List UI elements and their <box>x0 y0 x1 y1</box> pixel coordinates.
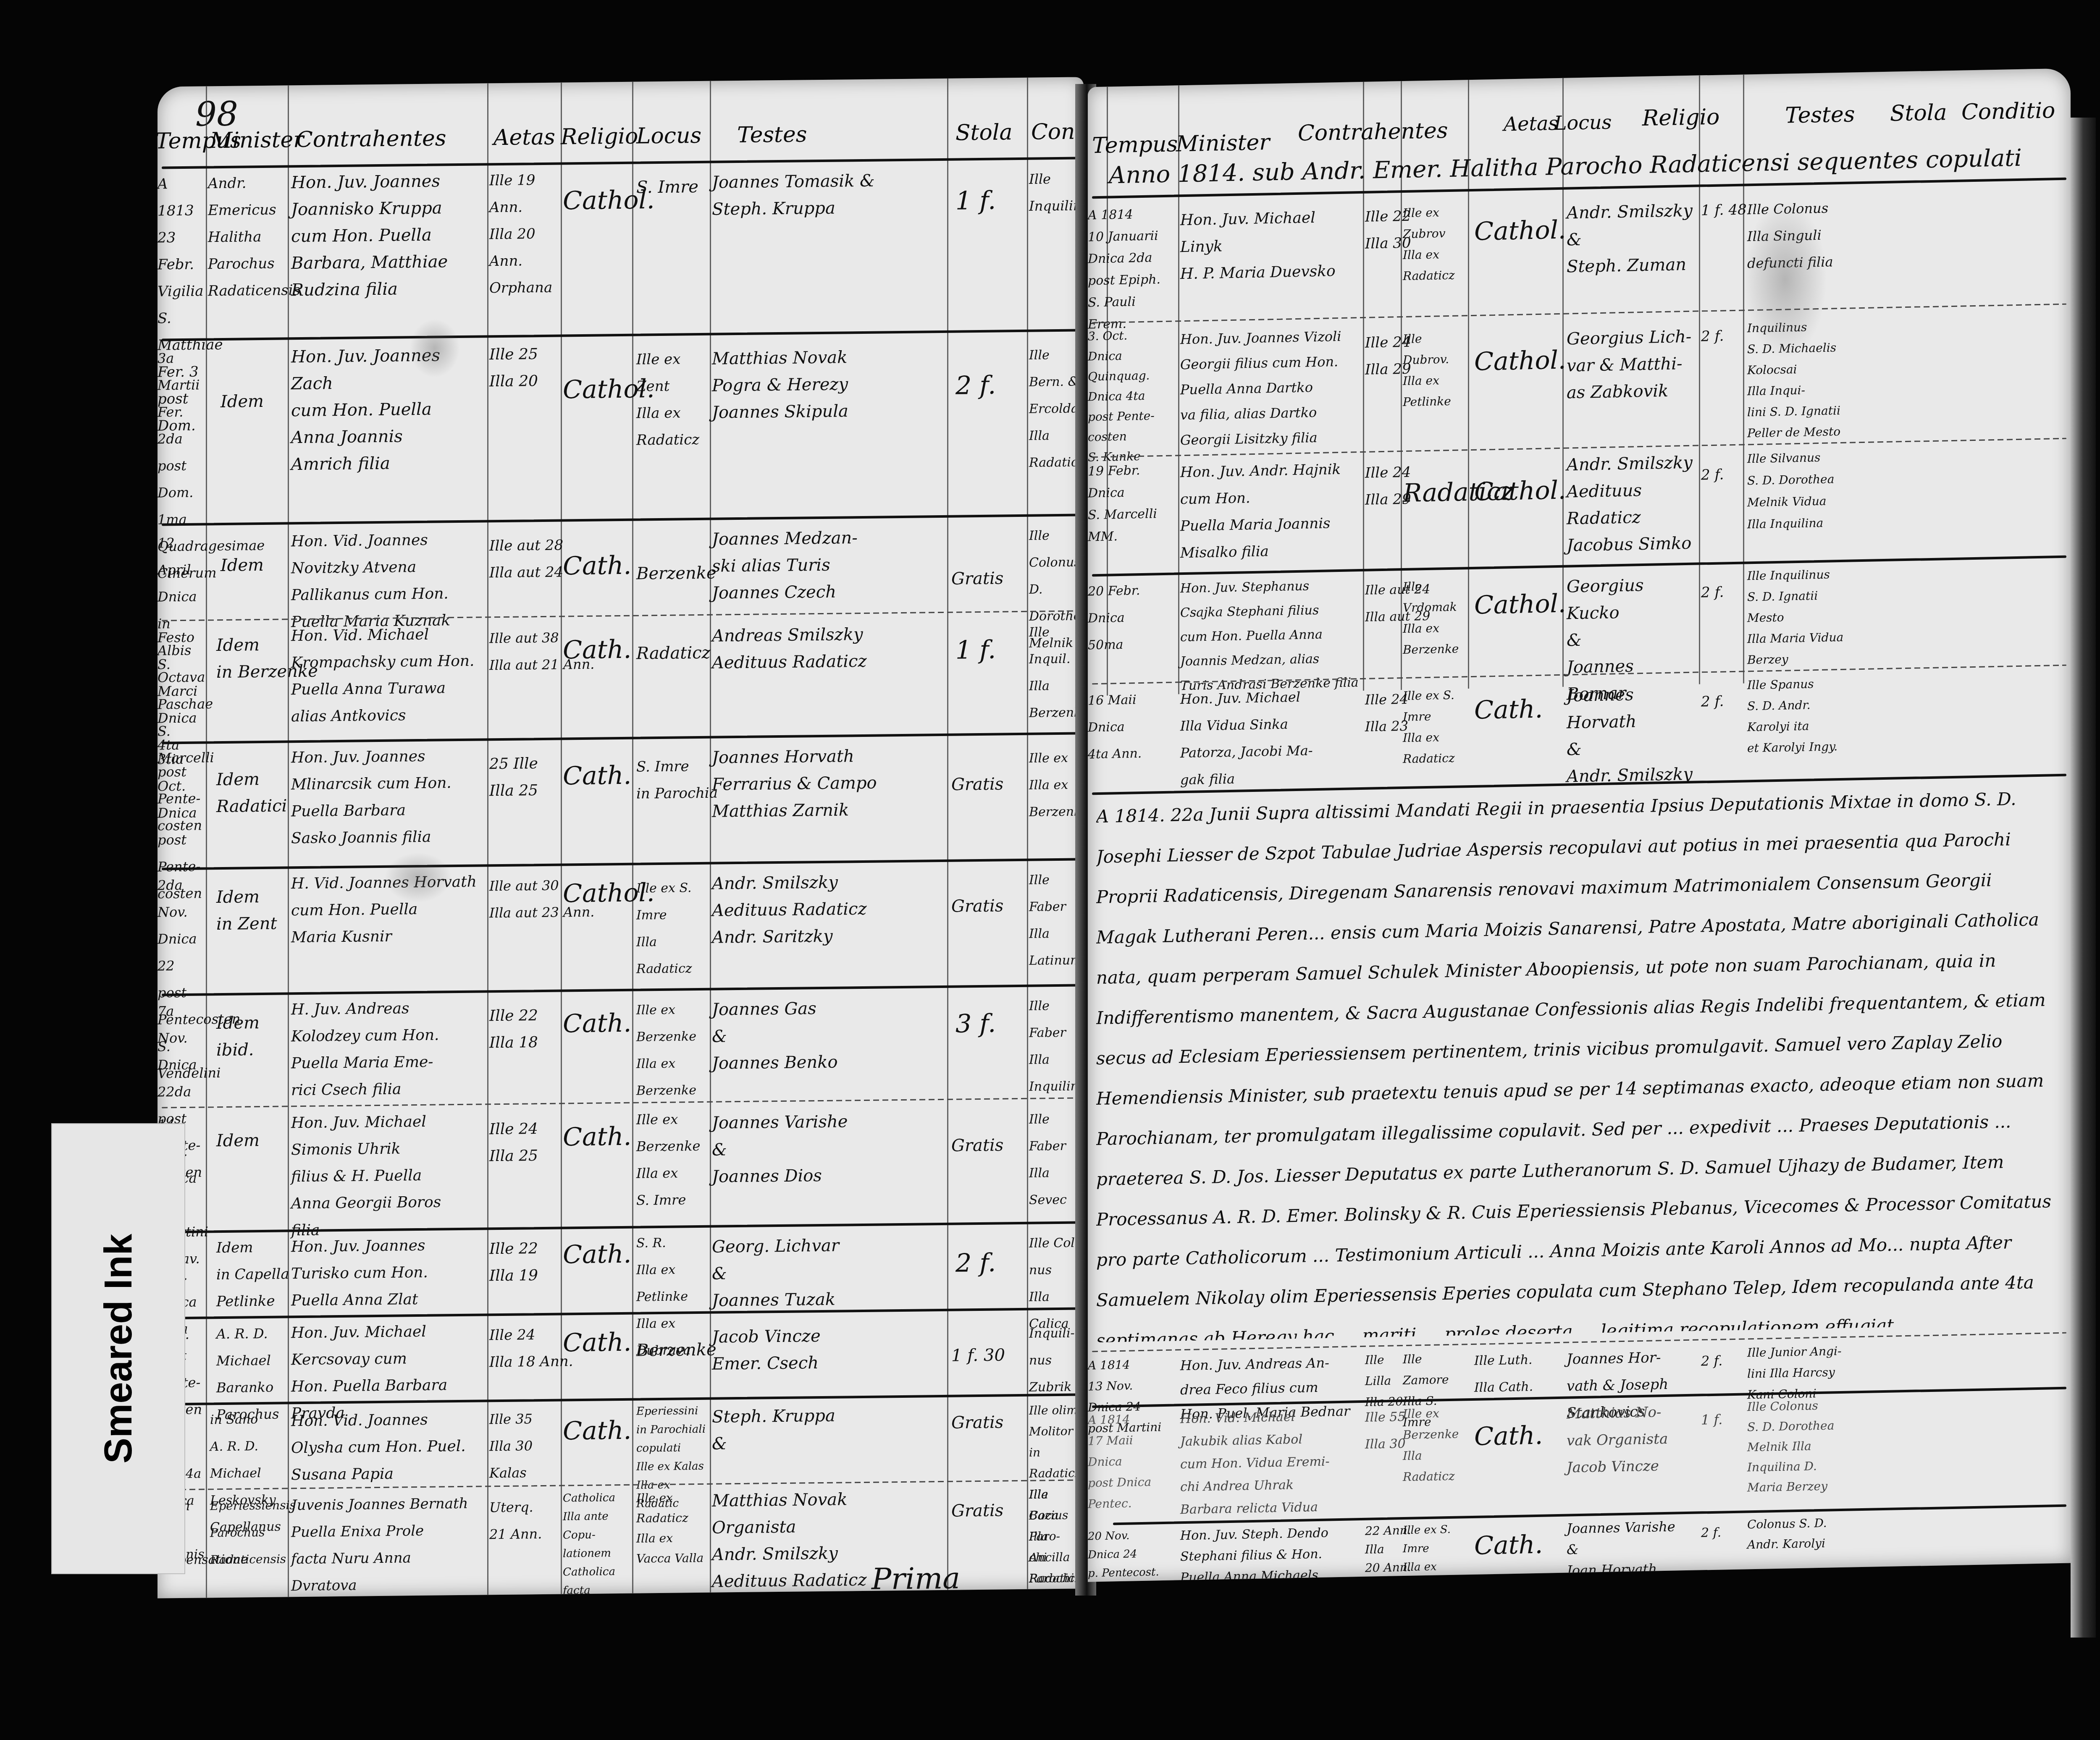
column-header-religio: Religio <box>1642 105 1719 131</box>
entry-contrahentes: Hon. Juv. Steph. Dendo Stephani filius &… <box>1180 1522 1361 1582</box>
recopulation-note: A 1814. 22a Junii Supra altissimi Mandat… <box>1096 778 2058 1342</box>
column-rule <box>632 82 633 1593</box>
entry-locus: Ille ex S. Imre Illa ex Radaticz <box>1403 684 1468 770</box>
entry-tempus: A 1814 10 Januarii Dnica 2da post Epiph.… <box>1088 203 1176 335</box>
entry-stola: Gratis <box>951 1409 1003 1436</box>
entry-stola: 2 f. <box>1701 1520 1721 1547</box>
column-header-locus: Locus <box>1554 111 1612 135</box>
entry-contrahentes: Hon. Juv. Joannes Joannisko Kruppa cum H… <box>291 167 486 304</box>
entry-religio: Cath. <box>1474 696 1543 724</box>
entry-aetas: Ille 22 Illa 19 <box>489 1235 538 1289</box>
entry-testes: Jacob Vincze Emer. Csech <box>712 1321 945 1378</box>
entry-testes: Joannes Medzan- ski alias Turis Joannes … <box>712 524 945 607</box>
entry-locus: Ille ex Berzenke Illa ex S. Imre <box>636 1106 710 1214</box>
entry-tempus: A 1814 17 Maii Dnica post Dnica Pentec. <box>1088 1408 1176 1515</box>
entry-minister: Idem <box>220 552 264 579</box>
entry-aetas: Ille 24 Illa 25 <box>489 1116 538 1170</box>
column-header-stola: Stola <box>1890 100 1947 126</box>
column-header-testes: Testes <box>1785 102 1855 128</box>
entry-stola: Gratis <box>951 565 1003 592</box>
entry-stola: 1 f. 30 <box>951 1342 1005 1369</box>
entry-testes: Andr. Smilszky & Steph. Zuman <box>1567 197 1697 280</box>
entry-minister: Idem ibid. <box>216 1009 260 1064</box>
entry-contrahentes: Hon. Juv. Joannes Turisko cum Hon. Puell… <box>291 1232 486 1314</box>
entry-locus: Ille Vrdomak Illa ex Berzenke <box>1403 575 1468 660</box>
entry-stola: 3 f. <box>955 1010 996 1038</box>
column-rule <box>206 86 207 1598</box>
entry-locus: Ille ex Zent Illa ex Radaticz <box>636 346 708 454</box>
entry-testes: Andr. Smilszky Aedituus Radaticz Jacobus… <box>1567 449 1697 559</box>
entry-contrahentes: Hon. Vid. Michael Jakubik alias Kabol cu… <box>1180 1405 1361 1521</box>
entry-contrahentes: Hon. Vid. Michael Krompachsky cum Hon. P… <box>291 621 486 730</box>
column-rule <box>487 83 488 1595</box>
entry-religio: Cath. <box>563 636 632 664</box>
entry-testes: Matthias Novak Pogra & Herezy Joannes Sk… <box>712 343 945 426</box>
entry-religio: Ille Luth. Illa Cath. <box>1474 1347 1533 1402</box>
entry-stola: 2 f. <box>955 372 996 399</box>
column-rule <box>1027 78 1028 1589</box>
column-rule <box>288 85 289 1597</box>
entry-minister: Andr. Emericus Halitha Parochus Radatice… <box>208 169 288 304</box>
column-header-aetas: Aetas <box>1504 112 1558 135</box>
entry-stola: 1 f. <box>955 637 996 664</box>
entry-contrahentes: Hon. Juv. Michael Linyk H. P. Maria Duev… <box>1180 204 1361 288</box>
entry-conditio: Ille Inquilinus S. D. Ignatii Mesto Illa… <box>1747 563 1856 671</box>
column-rule <box>947 79 948 1590</box>
right-page: Tempus Minister Contrahentes Aetas Locus… <box>1088 68 2071 1582</box>
entry-tempus: 20 Febr. Dnica 50ma <box>1088 577 1176 659</box>
entry-aetas: Ille 22 Illa 18 <box>489 1002 538 1056</box>
entry-stola: Gratis <box>951 1497 1003 1524</box>
entry-locus: Ille ex Berzenke Illa Radaticz <box>1403 1402 1468 1488</box>
entry-aetas: Ille Lilla Illa 20 <box>1365 1349 1403 1413</box>
entry-testes: Steph. Kruppa & <box>712 1401 945 1457</box>
entry-religio: Cath. <box>563 1010 632 1038</box>
entry-minister: Idem <box>216 1127 260 1154</box>
entry-conditio: Ille Silvanus S. D. Dorothea Melnik Vidu… <box>1747 446 1856 535</box>
entry-locus: Berzenke <box>636 560 717 587</box>
smeared-ink-label-card: Smeared Ink <box>51 1123 185 1574</box>
entry-stola: Gratis <box>951 1132 1003 1159</box>
entry-locus: Ille ex Radaticz Illa ex Vacca Valla <box>636 1488 710 1569</box>
entry-religio: Cath. <box>1474 1422 1543 1450</box>
entry-contrahentes: Hon. Juv. Joannes Zach cum Hon. Puella A… <box>291 341 486 478</box>
entry-religio: Cath. <box>563 1417 632 1445</box>
entry-minister: Eperiessiensis Parochus Radaticensis <box>210 1492 296 1573</box>
ink-smudge <box>1743 199 1827 360</box>
entry-religio: Cath. <box>1474 1531 1543 1559</box>
entry-tempus: 19 Febr. Dnica S. Marcelli MM. <box>1088 459 1176 548</box>
entry-locus: S. Imre in Parochia <box>636 753 718 807</box>
entry-divider <box>162 329 1079 341</box>
entry-locus: Ille ex Zubrov Illa ex Radaticz <box>1403 202 1468 287</box>
column-header-aetas: Aetas <box>493 125 555 151</box>
entry-religio: Cathol. <box>1474 347 1566 375</box>
column-header-minister: Minister <box>1176 130 1270 157</box>
entry-testes: Matthias No- vak Organista Jacob Vincze <box>1567 1398 1697 1481</box>
page-block-edge <box>2071 118 2096 1638</box>
entry-stola: 2 f. <box>1701 461 1724 488</box>
entry-locus: Ille ex S. Imre Illa Radaticz <box>636 875 710 983</box>
smeared-ink-label: Smeared Ink <box>96 1234 140 1463</box>
entry-contrahentes: Juvenis Joannes Bernath Puella Enixa Pro… <box>291 1490 486 1598</box>
entry-tempus: 20 Nov. Dnica 24 p. Pentecost. infra Oct… <box>1088 1525 1176 1582</box>
entry-aetas: Uterq. 21 Ann. <box>489 1494 542 1548</box>
entry-contrahentes: Hon. Juv. Michael Simonis Uhrik filius &… <box>291 1108 486 1244</box>
entry-contrahentes: Hon. Juv. Joannes Vizoli Georgii filius … <box>1180 323 1361 453</box>
entry-testes: Georg. Lichvar & Joannes Tuzak <box>712 1231 945 1314</box>
column-header-religio: Religio <box>561 124 638 150</box>
entry-locus: Ille ex S. Imre Illa ex Petlinke <box>1403 1520 1468 1582</box>
entry-minister: Idem in Zent <box>216 883 277 938</box>
entry-minister: Idem in Capella Petlinke <box>216 1234 289 1315</box>
entry-locus: Berzenke <box>636 1336 717 1364</box>
entry-contrahentes: Hon. Vid. Joannes Olysha cum Hon. Puel. … <box>291 1406 486 1488</box>
entry-testes: Joannes Tomasik & Steph. Kruppa <box>712 167 945 223</box>
entry-aetas: Ille 24 Illa 18 Ann. <box>489 1321 573 1376</box>
entry-contrahentes: Hon. Juv. Michael Illa Vidua Sinka Pator… <box>1180 682 1361 793</box>
entry-aetas: Ille 25 Illa 20 <box>489 341 538 395</box>
entry-testes: Joannes Gas & Joannes Benko <box>712 994 945 1077</box>
entry-aetas: Ille 55 Illa 30 <box>1365 1404 1406 1458</box>
entry-aetas: Ille aut 28 Illa aut 24 <box>489 532 563 586</box>
entry-stola: Gratis <box>951 770 1003 798</box>
entry-locus: S. Imre <box>636 173 698 201</box>
closing-flourish: Prima <box>871 1565 960 1593</box>
entry-testes: Georgius Lich- var & Matthi- as Zabkovik <box>1567 323 1697 406</box>
entry-aetas: Ille 19 Ann. Illa 20 Ann. Orphana <box>489 166 561 301</box>
entry-testes: Andreas Smilszky Aedituus Radaticz <box>712 620 945 676</box>
entry-minister: Idem <box>220 388 264 415</box>
entry-contrahentes: H. Juv. Andreas Kolodzey cum Hon. Puella… <box>291 994 486 1104</box>
ink-smudge <box>409 319 460 378</box>
entry-religio: Cathol. <box>1474 477 1566 506</box>
entry-religio: Cathol. <box>1474 217 1566 245</box>
entry-stola: 2 f. <box>1701 1347 1722 1374</box>
column-header-tempus: Tempus <box>1092 131 1178 158</box>
column-header-stola: Stola <box>955 120 1012 145</box>
entry-stola: 1 f. <box>1701 1406 1722 1433</box>
entry-stola: 2 f. <box>1701 322 1724 350</box>
entry-stola: Gratis <box>951 892 1003 920</box>
entry-aetas: Ille 24 Illa 23 <box>1365 686 1408 740</box>
column-header-contrahentes: Contrahentes <box>1298 118 1448 146</box>
entry-aetas: 25 Ille Illa 25 <box>489 750 538 804</box>
entry-contrahentes: Hon. Juv. Andr. Hajnik cum Hon. Puella M… <box>1180 456 1361 566</box>
entry-testes: Joannes Horvath & Andr. Smilszky <box>1567 680 1697 790</box>
entry-tempus: 3. Oct. Dnica Quinquag. Dnica 4ta post P… <box>1088 325 1176 467</box>
entry-testes: Joannes Horvath Ferrarius & Campo Matthi… <box>712 742 945 825</box>
entry-religio: Cath. <box>563 1329 632 1357</box>
left-page: 98 Tempus Minister Contrahentes Aetas Re… <box>157 77 1084 1598</box>
entry-religio: Cathol. <box>1474 590 1566 619</box>
entry-stola: 1 f. <box>955 187 996 215</box>
entry-religio: Cath. <box>563 762 632 790</box>
entry-locus: Ille Dubrov. Illa ex Petlinke <box>1403 328 1468 413</box>
entry-stola: 1 f. 48 <box>1701 196 1747 224</box>
entry-minister: Idem Radatici <box>216 765 287 820</box>
column-header-minister: Minister <box>210 127 304 153</box>
entry-religio: Cath. <box>563 1123 632 1151</box>
column-header-contrahentes: Contrahentes <box>296 126 446 152</box>
entry-religio: Cath. <box>563 1241 632 1268</box>
entry-contrahentes: Hon. Juv. Joannes Mlinarcsik cum Hon. Pu… <box>291 742 486 852</box>
entry-aetas: Ille 35 Illa 30 Kalas <box>489 1405 533 1486</box>
entry-divider <box>1092 304 2066 324</box>
column-header-conditio: Conditio <box>1961 98 2055 125</box>
entry-stola: 2 f. <box>1701 688 1724 715</box>
entry-stola: 2 f. <box>1701 579 1724 606</box>
column-rule <box>710 81 711 1593</box>
entry-religio: Catholica Illa ante Copu- lationem Catho… <box>563 1488 630 1598</box>
entry-locus: Ille ex Berzenke Illa ex Berzenke <box>636 996 710 1105</box>
entry-conditio: Ille Colonus S. D. Dorothea Melnik Illa … <box>1747 1395 1856 1498</box>
entry-testes: Joannes Varishe & Joannes Dios <box>712 1107 945 1190</box>
entry-stola: 2 f. <box>955 1250 996 1277</box>
entry-conditio: Ille Spanus S. D. Andr. Karolyi ita et K… <box>1747 673 1856 759</box>
entry-tempus: 16 Maii Dnica 4ta Ann. <box>1088 686 1176 768</box>
entry-religio: Cath. <box>563 552 632 580</box>
column-header-testes: Testes <box>737 122 807 148</box>
entry-locus: Radaticz <box>636 639 711 667</box>
column-header-locus: Locus <box>636 123 701 149</box>
entry-testes: Andr. Smilszky Aedituus Radaticz Andr. S… <box>712 868 945 951</box>
entry-conditio: Colonus S. D. Andr. Karolyi <box>1747 1512 1856 1555</box>
